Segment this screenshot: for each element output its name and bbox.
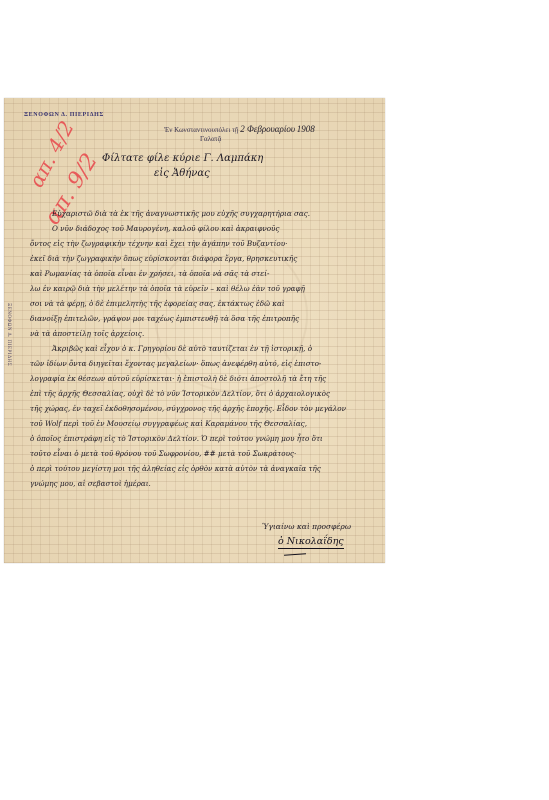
body-line: Ο νῦν διάδοχος τοῦ Μαυρογένη, καλοῦ φίλο… <box>30 221 376 236</box>
body-line: ὄντος εἰς τὴν ζωγραφικὴν τέχνην καὶ ἔχει… <box>30 236 376 251</box>
body-line: καὶ Ρωμανίας τὰ ὁποῖα εἶναι ἐν χρήσει, τ… <box>30 266 376 281</box>
salutation-line-1: Φίλτατε φίλε κύριε Γ. Λαμπάκη <box>102 153 263 164</box>
dateline: Ἐν Κωνσταντινουπόλει τῇ 2 Φεβρουαρίου 19… <box>164 124 315 134</box>
signature: ὁ Νικολαΐδης <box>278 536 344 549</box>
body-line: ὁ περὶ τούτου μεγίστη μοι τῆς ἀληθείας ε… <box>30 461 376 476</box>
place-line: Γαλατᾷ <box>200 135 221 143</box>
body-line: τῶν ἰδίων ὄντα διηγεῖται ἔχοντας μεγαλεί… <box>30 356 376 371</box>
letterhead-stamp: ΞΕΝΟΦΩΝ Δ. ΠΙΕΡΙΔΗΣ <box>24 112 104 118</box>
side-margin-stamp: ΞΕΝΟΦΩΝ Δ. ΠΙΕΡΙΔΗΣ <box>6 303 11 366</box>
body-line: Ἀκριβῶς καὶ εἶχον ὁ κ. Γρηγορίου δὲ αὐτὸ… <box>30 341 376 356</box>
dateline-day-month: 2 Φεβρουαρίου <box>240 124 295 134</box>
body-line: λογραφία ἐκ θέσεων αὐτοῦ εὑρίσκεται· ἡ ἐ… <box>30 371 376 386</box>
letter-sheet: ΞΕΝΟΦΩΝ Δ. ΠΙΕΡΙΔΗΣ ΞΕΝΟΦΩΝ Δ. ΠΙΕΡΙΔΗΣ … <box>4 98 385 563</box>
body-line: ἐκεῖ διὰ τὴν ζωγραφικὴν ὅπως εὑρίσκονται… <box>30 251 376 266</box>
body-line: γνώμης μου, αἱ σεβαστοὶ ἡμέραι. <box>30 476 376 491</box>
body-line: ὁ ὁποῖος ἐπιστράφη εἰς τὸ Ἱστορικὸν Δελτ… <box>30 431 376 446</box>
body-line: τῆς χώρας, ἐν ταχεῖ ἐκδοθησομένου, σύγχρ… <box>30 401 376 416</box>
closing-phrase: Ὑγιαίνω καὶ προσφέρω <box>262 522 351 531</box>
signature-flourish <box>284 553 306 556</box>
body-line: λω ἐν καιρῷ διὰ τὴν μελέτην τὰ ὁποῖα τὰ … <box>30 281 376 296</box>
letter-body: Εὐχαριστῶ διὰ τὰ ἐκ τῆς ἀναγνωστικῆς μου… <box>30 206 376 491</box>
body-line: διανοίξῃ ἐπιτελῶν, γράψον μοι ταχέως ἐμπ… <box>30 311 376 326</box>
body-line: νὰ τὰ ἀποστείλῃ τοῖς ἀρχείοις. <box>30 326 376 341</box>
body-line: τοῦτο εἶναι ὁ μετὰ τοῦ θρόνου τοῦ Σωφρον… <box>30 446 376 461</box>
body-line: Εὐχαριστῶ διὰ τὰ ἐκ τῆς ἀναγνωστικῆς μου… <box>30 206 376 221</box>
dateline-year: 1908 <box>297 124 315 134</box>
dateline-prefix: Ἐν Κωνσταντινουπόλει τῇ <box>164 126 238 134</box>
body-line: σοι νὰ τὰ φέρῃ, ὁ δὲ ἐπιμελητὴς τῆς ἐφορ… <box>30 296 376 311</box>
body-line: τοῦ Wolf περὶ τοῦ ἐν Μουσείῳ συγγραφέως … <box>30 416 376 431</box>
salutation-line-2: εἰς Ἀθήνας <box>154 168 210 179</box>
body-line: ἐπὶ τῆς ἀρχῆς Θεσσαλίας, οὐχὶ δὲ τὸ νῦν … <box>30 386 376 401</box>
